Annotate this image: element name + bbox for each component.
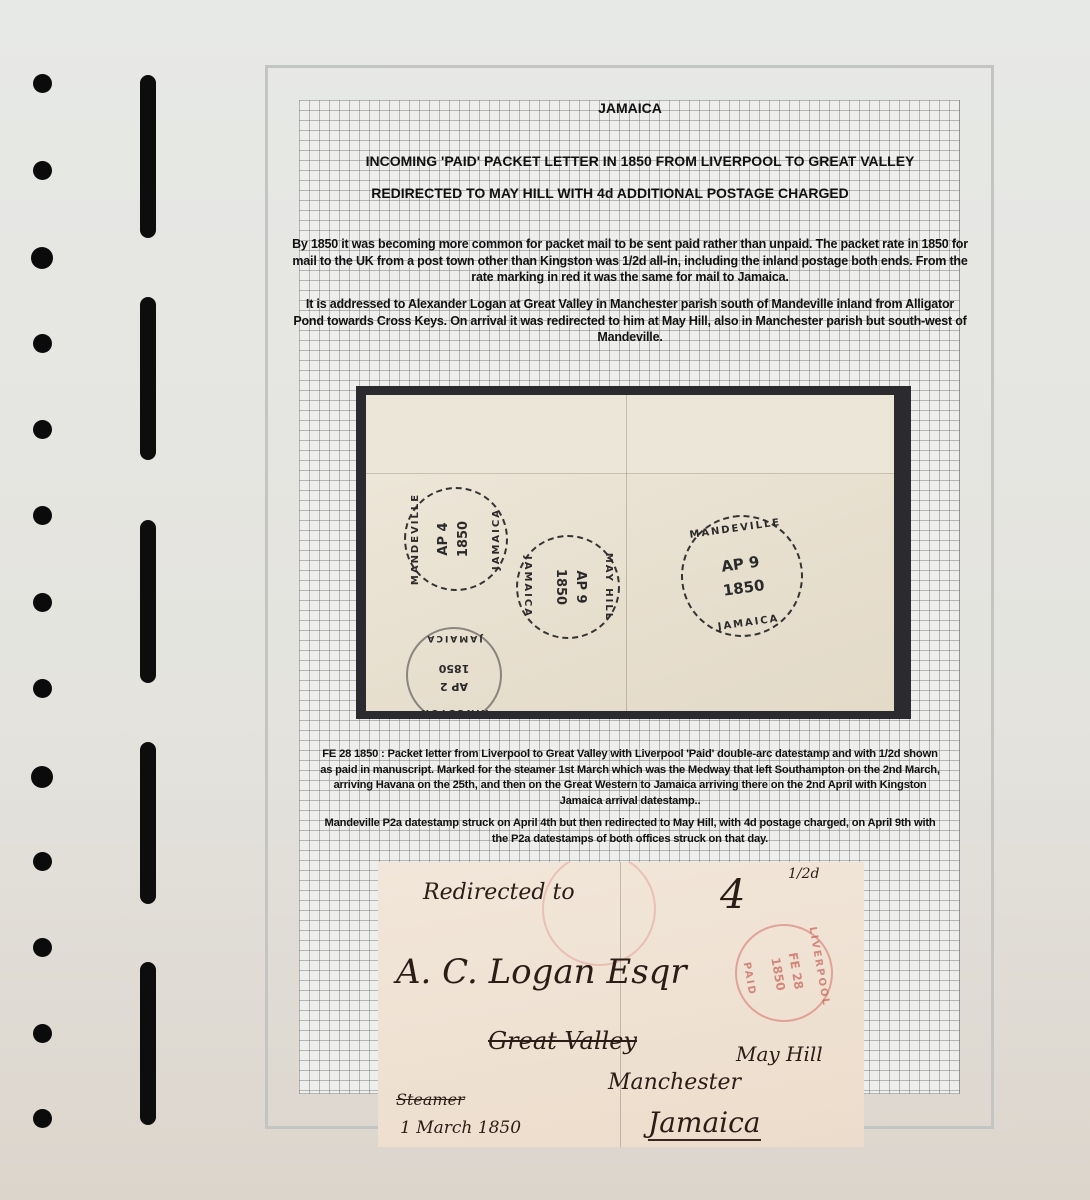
- binder-slot: [140, 520, 156, 683]
- binder-slot: [140, 742, 156, 904]
- binder-hole: [33, 1024, 52, 1043]
- may-hill-text: May Hill: [736, 1042, 823, 1066]
- binder-hole: [33, 334, 52, 353]
- binder-hole: [33, 506, 52, 525]
- redirect-caption: Mandeville P2a datestamp struck on April…: [315, 816, 945, 847]
- binder-hole: [31, 247, 53, 269]
- manchester-text: Manchester: [608, 1070, 741, 1095]
- postmark-mandeville-apr4: MANDEVILLE AP 4 1850 JAMAICA: [404, 487, 508, 591]
- binder-hole: [31, 766, 53, 788]
- binder-hole: [33, 74, 52, 93]
- postmark-mandeville-apr9: MANDEVILLE AP 9 1850 JAMAICA: [673, 507, 811, 645]
- page-title: JAMAICA: [280, 100, 980, 116]
- rate-4d-mark: 4: [720, 872, 745, 918]
- cover-caption: FE 28 1850 : Packet letter from Liverpoo…: [320, 747, 940, 809]
- steamer-text: Steamer: [396, 1090, 465, 1109]
- redirected-to-text: Redirected to: [423, 880, 575, 905]
- binder-hole: [33, 938, 52, 957]
- jamaica-text: Jamaica: [648, 1106, 761, 1141]
- paid-half-d-mark: 1/2d: [788, 866, 820, 882]
- binder-hole: [33, 679, 52, 698]
- address-paragraph: It is addressed to Alexander Logan at Gr…: [290, 296, 970, 346]
- addressee-text: A. C. Logan Esqr: [396, 952, 687, 992]
- heading-line-2: REDIRECTED TO MAY HILL WITH 4d ADDITIONA…: [260, 185, 960, 201]
- binder-hole: [33, 593, 52, 612]
- binder-hole: [33, 420, 52, 439]
- postmark-kingston: KINGSTON AP 2 1850 JAMAICA: [406, 627, 502, 711]
- liverpool-paid-ring-faint: [542, 862, 656, 966]
- liverpool-paid-postmark: LIVERPOOL FE 28 1850 PAID: [727, 916, 841, 1030]
- great-valley-text: Great Valley: [488, 1027, 637, 1055]
- cover-reverse-image: MANDEVILLE AP 4 1850 JAMAICA MAY HILL AP…: [366, 395, 894, 711]
- binder-slot: [140, 297, 156, 460]
- binder-hole: [33, 161, 52, 180]
- binder-hole: [33, 852, 52, 871]
- binder-hole: [33, 1109, 52, 1128]
- intro-paragraph: By 1850 it was becoming more common for …: [290, 236, 970, 286]
- cover-front-image: LIVERPOOL FE 28 1850 PAID Redirected to …: [378, 862, 864, 1147]
- heading-line-1: INCOMING 'PAID' PACKET LETTER IN 1850 FR…: [260, 153, 1020, 169]
- binder-slot: [140, 962, 156, 1125]
- binder-slot: [140, 75, 156, 238]
- cover-flap: [366, 395, 894, 474]
- cover-fold: [626, 395, 627, 711]
- steamer-date-text: 1 March 1850: [400, 1118, 521, 1138]
- postmark-may-hill: MAY HILL AP 9 1850 JAMAICA: [516, 535, 620, 639]
